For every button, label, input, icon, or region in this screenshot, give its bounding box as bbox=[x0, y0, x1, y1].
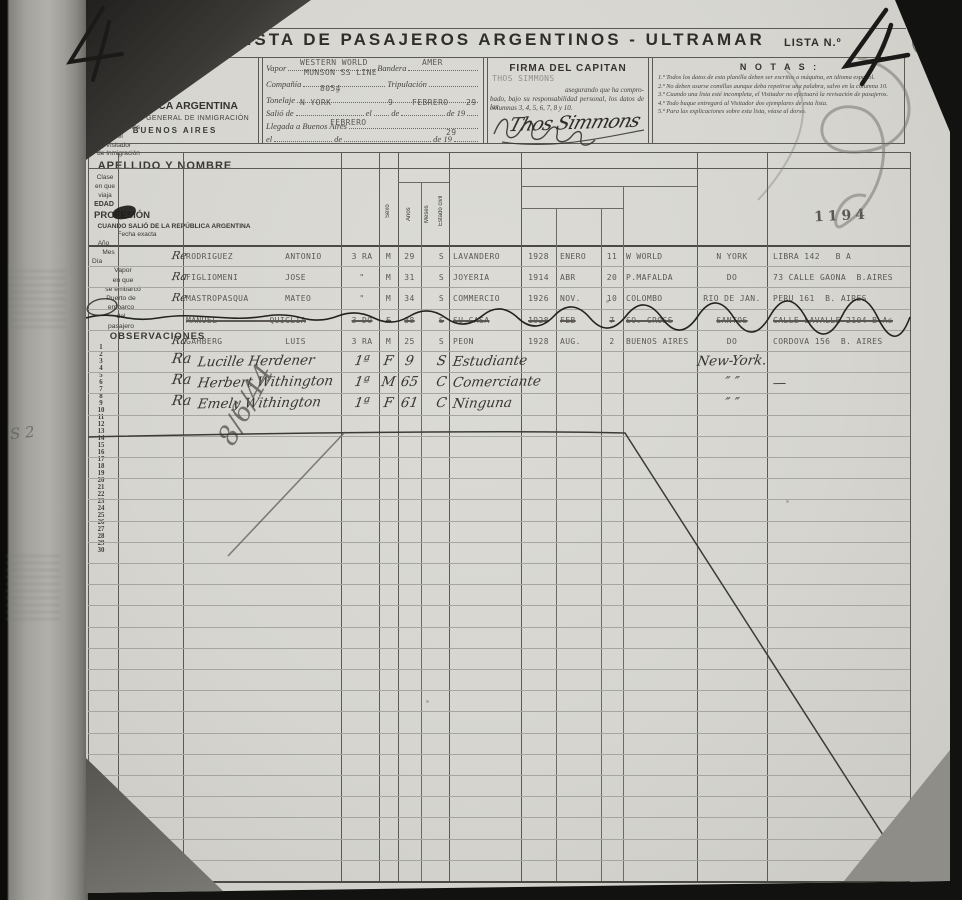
captain-block-title: FIRMA DEL CAPITAN bbox=[490, 63, 646, 74]
table-header-cell: Mes bbox=[86, 249, 131, 258]
sex-cell: M bbox=[379, 337, 398, 346]
departure-day-cell: 2 bbox=[601, 337, 623, 346]
row-number: 19 bbox=[86, 470, 116, 477]
observations-cell: — bbox=[772, 373, 915, 391]
departure-vessel-cell: BUENOS AIRES bbox=[626, 337, 697, 346]
typed-tonnage: 8054 bbox=[320, 84, 341, 93]
row-number: 18 bbox=[86, 463, 116, 470]
departure-vessel-cell: SO. CROSS bbox=[626, 316, 697, 325]
departure-vessel-cell: COLOMBO bbox=[626, 294, 697, 303]
class-cell: 3 RA bbox=[345, 252, 379, 261]
row-number: 16 bbox=[86, 449, 116, 456]
table-horizontal-rule bbox=[88, 457, 910, 458]
row-number: 10 bbox=[86, 407, 116, 414]
class-cell: 1ª bbox=[344, 374, 381, 391]
departure-year-cell: 1914 bbox=[521, 273, 556, 282]
notas-list: 1.ª Todos los datos de esta planilla deb… bbox=[658, 74, 901, 117]
notas-item-5: 5.ª Para las explicaciones sobre esta li… bbox=[658, 108, 901, 116]
civil-status-cell: S bbox=[434, 252, 449, 261]
sex-cell: M bbox=[379, 252, 398, 261]
table-horizontal-rule bbox=[88, 415, 910, 416]
observations-cell: PERU 161 B. AIRES bbox=[773, 294, 913, 303]
passenger-name: MANUEL QUIGLIA bbox=[186, 316, 346, 325]
embark-port-cell: New-York. bbox=[696, 352, 769, 369]
typed-vessel-name: WESTERN WORLD bbox=[300, 58, 368, 67]
typed-departure-port: N YORK bbox=[300, 98, 331, 107]
table-header-cell-vertical: Años bbox=[398, 186, 421, 243]
table-horizontal-rule bbox=[88, 499, 910, 500]
table-horizontal-rule bbox=[88, 521, 910, 522]
departure-year-cell: 1928 bbox=[521, 337, 556, 346]
table-horizontal-rule bbox=[88, 669, 910, 670]
observations-cell: CORDOVA 156 B. AIRES bbox=[773, 337, 913, 346]
table-horizontal-rule bbox=[88, 351, 910, 352]
row-number: 29 bbox=[86, 540, 116, 547]
class-cell: 3 RA bbox=[345, 337, 379, 346]
departure-day-cell: 7 bbox=[601, 316, 623, 325]
table-horizontal-rule bbox=[88, 605, 910, 606]
table-header-cell: Fecha exacta bbox=[86, 231, 188, 240]
passenger-name: FIGLIOMENI JOSE bbox=[186, 273, 346, 282]
table-horizontal-rule bbox=[88, 733, 910, 734]
table-horizontal-rule bbox=[88, 648, 910, 649]
captain-statement-line1: asegurando que ha compro- bbox=[490, 86, 644, 94]
embark-port-cell: ″ ″ bbox=[696, 374, 769, 391]
spine-pencil-mark: S 2 bbox=[9, 423, 35, 443]
table-header-cell-vertical: Sexo bbox=[379, 180, 398, 243]
table-horizontal-rule bbox=[88, 775, 910, 776]
list-number-stamp: 1194 bbox=[814, 207, 870, 226]
table-horizontal-rule bbox=[88, 839, 910, 840]
table-vertical-rule bbox=[449, 152, 450, 881]
observations-cell: LIBRA 142 B A bbox=[773, 252, 913, 261]
passenger-name: GAHBERG LUIS bbox=[186, 337, 346, 346]
notas-item-2: 2.ª No deben usarse comillas aunque deba… bbox=[658, 83, 901, 91]
age-years-cell: 29 bbox=[398, 252, 421, 261]
table-header-cell-vertical: Meses bbox=[421, 186, 434, 243]
table-horizontal-rule bbox=[521, 186, 697, 187]
table-horizontal-rule bbox=[88, 711, 910, 712]
row-number: 24 bbox=[86, 505, 116, 512]
passenger-name: MASTROPASQUA MATEO bbox=[186, 294, 346, 303]
profession-cell: Ninguna bbox=[452, 395, 555, 413]
table-horizontal-rule bbox=[88, 817, 910, 818]
typed-arrival-month: FEBRERO bbox=[330, 118, 367, 127]
notas-item-3: 3.ª Cuando una lista esté incompleta, el… bbox=[658, 91, 901, 99]
table-vertical-rule bbox=[623, 186, 624, 881]
page-corner-shadow-bottomleft bbox=[86, 750, 246, 895]
class-cell: " bbox=[345, 273, 379, 282]
civil-status-cell: S bbox=[434, 294, 449, 303]
departure-month-cell: AUG. bbox=[560, 337, 601, 346]
passenger-name: Emely Withington bbox=[196, 394, 359, 413]
row-number: 1 bbox=[86, 344, 116, 351]
row-number: 28 bbox=[86, 533, 116, 540]
departure-vessel-cell: P.MAFALDA bbox=[626, 273, 697, 282]
scanned-document-photo: S 2 LISTA DE PASAJEROS ARGENTINOS - ULTR… bbox=[0, 0, 962, 900]
civil-status-cell: S bbox=[434, 316, 449, 325]
typed-line-name: MUNSON SS LINE bbox=[304, 68, 377, 77]
row-number: 27 bbox=[86, 526, 116, 533]
age-years-cell: 34 bbox=[398, 294, 421, 303]
typed-arrival-year: 29 bbox=[446, 128, 456, 137]
table-horizontal-rule bbox=[88, 563, 910, 564]
table-horizontal-rule bbox=[88, 245, 910, 247]
table-horizontal-rule bbox=[88, 754, 910, 755]
table-horizontal-rule bbox=[88, 309, 910, 310]
notas-title: N O T A S : bbox=[655, 62, 904, 72]
sex-cell: M bbox=[379, 294, 398, 303]
observations-cell: 73 CALLE GAONA B.AIRES bbox=[773, 273, 913, 282]
sex-cell: F bbox=[379, 316, 398, 325]
age-years-cell: 61 bbox=[397, 395, 423, 411]
row-number: 30 bbox=[86, 547, 116, 554]
age-years-cell: 38 bbox=[398, 316, 421, 325]
table-vertical-rule bbox=[521, 152, 522, 881]
table-header-cell: Puerto de embarco del pasajero bbox=[86, 294, 156, 331]
civil-status-cell: C bbox=[433, 395, 451, 411]
table-horizontal-rule bbox=[88, 152, 910, 153]
sex-cell: M bbox=[379, 273, 398, 282]
observations-cell: CALLE LAVALLE 2104 B.As bbox=[773, 316, 913, 325]
civil-status-cell: S bbox=[434, 273, 449, 282]
embark-port-cell: SANTOS bbox=[697, 316, 767, 325]
departure-year-cell: 1926 bbox=[521, 294, 556, 303]
row-number: 13 bbox=[86, 428, 116, 435]
page-title: LISTA DE PASAJEROS ARGENTINOS - ULTRAMAR bbox=[216, 30, 782, 50]
table-vertical-rule bbox=[341, 152, 342, 881]
table-horizontal-rule bbox=[88, 330, 910, 331]
table-header-cell: CUANDO SALIÓ DE LA REPÚBLICA ARGENTINA bbox=[86, 223, 262, 232]
age-years-cell: 9 bbox=[397, 353, 423, 369]
embark-port-cell: DO bbox=[697, 337, 767, 346]
embark-port-cell: ″ ″ bbox=[696, 395, 769, 412]
table-header-cell-vertical: Estado civil bbox=[434, 178, 449, 243]
age-years-cell: 31 bbox=[398, 273, 421, 282]
row-number: 22 bbox=[86, 491, 116, 498]
embark-port-cell: DO bbox=[697, 273, 767, 282]
table-header-cell: APELLIDO Y NOMBRE bbox=[86, 159, 244, 174]
row-number: 7 bbox=[86, 386, 116, 393]
departure-day-cell: 20 bbox=[601, 273, 623, 282]
table-vertical-rule bbox=[910, 152, 911, 881]
table-horizontal-rule bbox=[88, 584, 910, 585]
profession-cell: Comerciante bbox=[452, 373, 555, 391]
table-horizontal-rule bbox=[88, 627, 910, 628]
civil-status-cell: C bbox=[433, 374, 451, 390]
departure-month-cell: ENERO bbox=[560, 252, 601, 261]
departure-year-cell: 1928 bbox=[521, 252, 556, 261]
document-page: LISTA DE PASAJEROS ARGENTINOS - ULTRAMAR… bbox=[86, 0, 952, 895]
row-number: 12 bbox=[86, 421, 116, 428]
table-vertical-rule bbox=[767, 152, 768, 881]
table-vertical-rule bbox=[379, 152, 380, 881]
table-vertical-rule bbox=[697, 152, 698, 881]
spine-bleed-text-block bbox=[6, 555, 60, 625]
row-number: 6 bbox=[86, 379, 116, 386]
embark-port-cell: N YORK bbox=[697, 252, 767, 261]
class-cell: 1ª bbox=[344, 353, 381, 370]
table-horizontal-rule bbox=[88, 542, 910, 543]
table-horizontal-rule bbox=[88, 478, 910, 479]
departure-day-cell: 10 bbox=[601, 294, 623, 303]
table-header-cell: Día bbox=[86, 258, 108, 267]
page-corner-shadow-bottomright bbox=[842, 748, 950, 883]
row-number: 3 bbox=[86, 358, 116, 365]
row-number: 4 bbox=[86, 365, 116, 372]
profession-cell: Estudiante bbox=[452, 352, 555, 370]
typed-departure-year: 29 bbox=[466, 98, 476, 107]
typed-flag: AMER bbox=[422, 58, 443, 67]
class-cell: 3 DO bbox=[345, 316, 379, 325]
civil-status-cell: S bbox=[433, 353, 451, 369]
visitor-mark: Ra bbox=[171, 393, 193, 409]
civil-status-cell: S bbox=[434, 337, 449, 346]
row-number: 26 bbox=[86, 519, 116, 526]
row-number: 21 bbox=[86, 484, 116, 491]
table-horizontal-rule bbox=[521, 208, 623, 209]
embark-port-cell: RIO DE JAN. bbox=[697, 294, 767, 303]
visitor-mark: Ra bbox=[171, 372, 193, 388]
spine-bleed-text-block bbox=[10, 270, 66, 332]
table-vertical-rule bbox=[118, 152, 119, 881]
visitor-mark: Ra bbox=[171, 351, 193, 367]
passenger-name: Lucille Herdener bbox=[196, 352, 359, 371]
class-cell: " bbox=[345, 294, 379, 303]
notas-item-1: 1.ª Todos los datos de esta planilla deb… bbox=[658, 74, 901, 82]
table-horizontal-rule bbox=[88, 168, 910, 169]
notas-item-4: 4.ª Todo buque entregará al Visitador do… bbox=[658, 100, 901, 108]
title-top-rule bbox=[206, 28, 906, 29]
table-horizontal-rule bbox=[88, 372, 910, 373]
book-spine: S 2 bbox=[0, 0, 88, 900]
departure-day-cell: 11 bbox=[601, 252, 623, 261]
departure-month-cell: NOV. bbox=[560, 294, 601, 303]
row-number: 15 bbox=[86, 442, 116, 449]
passenger-name: RODRIGUEZ ANTONIO bbox=[186, 252, 346, 261]
row-number: 9 bbox=[86, 400, 116, 407]
class-cell: 1ª bbox=[344, 395, 381, 412]
table-vertical-rule bbox=[398, 152, 399, 881]
ship-form-row-compania: Compañía Tripulación bbox=[266, 78, 480, 89]
table-horizontal-rule bbox=[88, 860, 910, 861]
departure-month-cell: FEB bbox=[560, 316, 601, 325]
typed-captain-name: THOS SIMMONS bbox=[492, 74, 555, 83]
row-number: 25 bbox=[86, 512, 116, 519]
table-horizontal-rule bbox=[88, 287, 910, 288]
table-header-cell: Vapor en que se embarcó bbox=[86, 266, 160, 294]
departure-year-cell: 1928 bbox=[521, 316, 556, 325]
lista-n-label: LISTA N.º bbox=[784, 37, 842, 49]
typed-departure-day: 9 bbox=[388, 98, 393, 107]
table-horizontal-rule bbox=[88, 796, 910, 797]
age-years-cell: 25 bbox=[398, 337, 421, 346]
departure-vessel-cell: W WORLD bbox=[626, 252, 697, 261]
ship-form-row-salio: Salió de el de de 19 bbox=[266, 107, 480, 118]
table-horizontal-rule bbox=[88, 266, 910, 267]
typed-departure-month: FEBRERO bbox=[412, 98, 449, 107]
age-years-cell: 65 bbox=[397, 374, 423, 390]
departure-month-cell: ABR bbox=[560, 273, 601, 282]
table-horizontal-rule bbox=[88, 690, 910, 691]
